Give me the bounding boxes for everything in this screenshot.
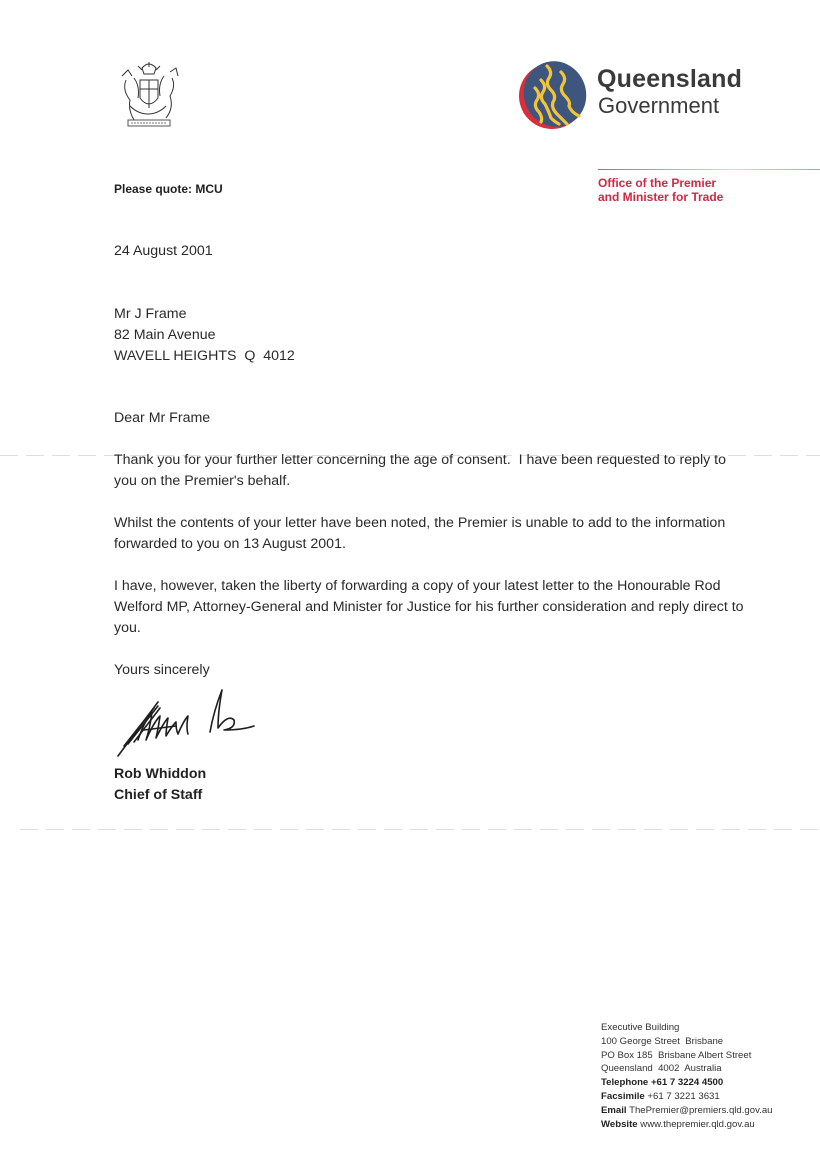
recipient-name: Mr J Frame — [114, 304, 295, 325]
contact-website: Website www.thepremier.qld.gov.au — [601, 1118, 773, 1132]
contact-building: Executive Building — [601, 1021, 773, 1035]
contact-po-box: PO Box 185 Brisbane Albert Street — [601, 1049, 773, 1063]
paragraph-3: I have, however, taken the liberty of fo… — [114, 576, 754, 639]
org-name-sub: Government — [598, 94, 719, 118]
recipient-address: Mr J Frame 82 Main Avenue WAVELL HEIGHTS… — [114, 304, 295, 367]
closing: Yours sincerely — [114, 660, 210, 681]
recipient-locality: WAVELL HEIGHTS Q 4012 — [114, 346, 295, 367]
contact-telephone: Telephone +61 7 3224 4500 — [601, 1076, 773, 1090]
letter-date: 24 August 2001 — [114, 241, 213, 262]
signer-block: Rob Whiddon Chief of Staff — [114, 764, 206, 806]
paragraph-2: Whilst the contents of your letter have … — [114, 513, 734, 555]
contact-facsimile: Facsimile +61 7 3221 3631 — [601, 1090, 773, 1104]
contact-street: 100 George Street Brisbane — [601, 1035, 773, 1049]
coat-of-arms-icon — [112, 58, 186, 132]
org-name: Queensland — [597, 66, 742, 92]
contact-details: Executive Building 100 George Street Bri… — [601, 1021, 773, 1131]
salutation: Dear Mr Frame — [114, 408, 210, 429]
signer-title: Chief of Staff — [114, 785, 206, 806]
scan-artifact-line — [20, 829, 820, 830]
email-label: Email — [601, 1105, 627, 1116]
facsimile-label: Facsimile — [601, 1091, 645, 1102]
signature-icon — [114, 686, 284, 758]
office-name: Office of the Premier and Minister for T… — [598, 176, 723, 204]
office-line-1: Office of the Premier — [598, 176, 723, 190]
reference-quote: Please quote: MCU — [114, 182, 223, 196]
paragraph-1: Thank you for your further letter concer… — [114, 450, 734, 492]
telephone-value: +61 7 3224 4500 — [651, 1077, 723, 1088]
contact-state: Queensland 4002 Australia — [601, 1062, 773, 1076]
telephone-label: Telephone — [601, 1077, 648, 1088]
website-value: www.thepremier.qld.gov.au — [640, 1119, 754, 1130]
facsimile-value: +61 7 3221 3631 — [647, 1091, 719, 1102]
header-divider — [598, 169, 820, 170]
queensland-government-logo-icon — [515, 58, 593, 132]
website-label: Website — [601, 1119, 638, 1130]
signer-name: Rob Whiddon — [114, 764, 206, 785]
office-line-2: and Minister for Trade — [598, 190, 723, 204]
email-value: ThePremier@premiers.qld.gov.au — [629, 1105, 772, 1116]
recipient-street: 82 Main Avenue — [114, 325, 295, 346]
contact-email: Email ThePremier@premiers.qld.gov.au — [601, 1104, 773, 1118]
